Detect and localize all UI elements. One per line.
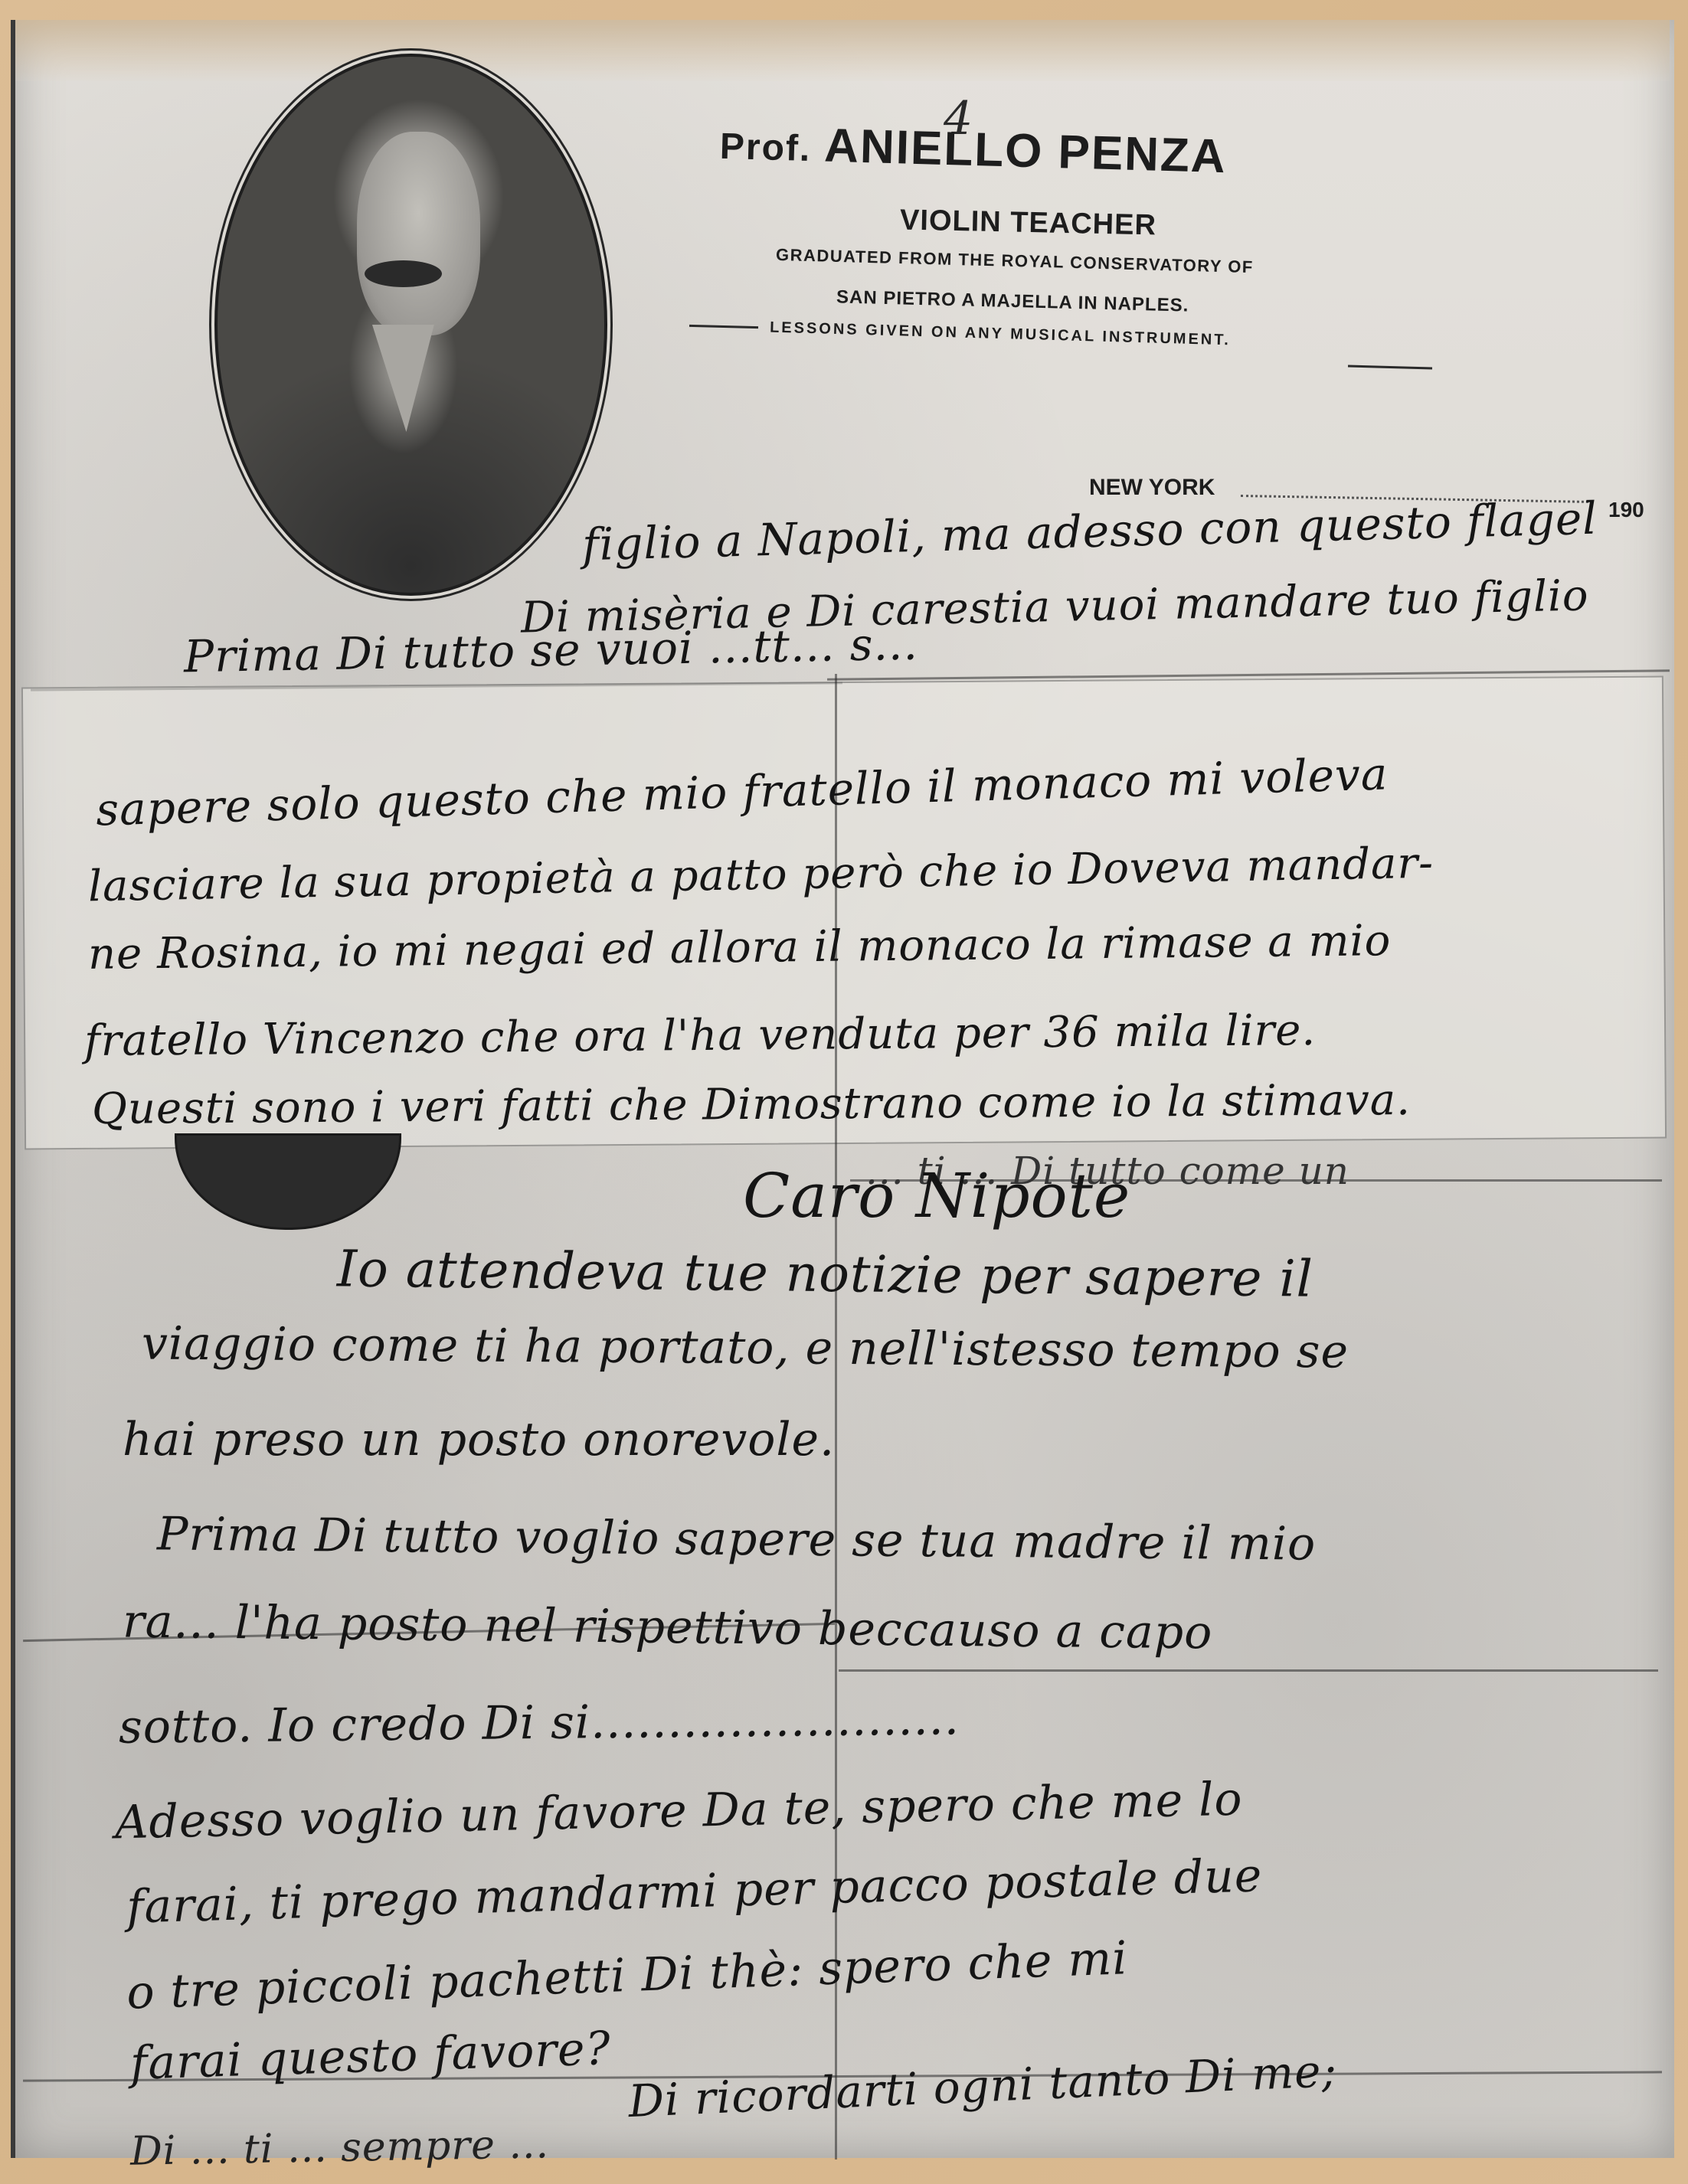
- handwritten-line: hai preso un posto onorevole.: [123, 1413, 835, 1466]
- letterhead-title: VIOLIN TEACHER: [900, 204, 1157, 242]
- letterhead-year: 190: [1608, 498, 1644, 522]
- handwritten-line: Di ... ti ... sempre ...: [130, 2121, 550, 2175]
- handwritten-line: ra... l'ha posto nel rispettivo beccauso…: [123, 1595, 1213, 1660]
- portrait-image: [214, 54, 607, 596]
- handwritten-line: Io attendeva tue notizie per sapere il: [337, 1239, 1313, 1308]
- letterhead-city: NEW YORK: [1089, 475, 1215, 501]
- fold-line: [839, 1669, 1658, 1672]
- handwritten-line: viaggio come ti ha portato, e nell'istes…: [142, 1316, 1349, 1378]
- handwritten-line: sotto. Io credo Di si...................…: [119, 1692, 960, 1754]
- portrait-collar: [372, 325, 434, 432]
- paper-top-strip: [15, 20, 1670, 81]
- portrait-moustache: [365, 260, 442, 287]
- handwritten-line: Questi sono i veri fatti che Dimostrano …: [92, 1075, 1411, 1134]
- handwritten-line: Prima Di tutto voglio sapere se tua madr…: [157, 1507, 1317, 1571]
- salutation: Caro Nipote: [743, 1160, 1130, 1231]
- letterhead-name-text: ANIELLO PENZA: [823, 119, 1227, 184]
- portrait-face: [357, 132, 481, 335]
- letterhead-prefix: Prof.: [719, 126, 812, 169]
